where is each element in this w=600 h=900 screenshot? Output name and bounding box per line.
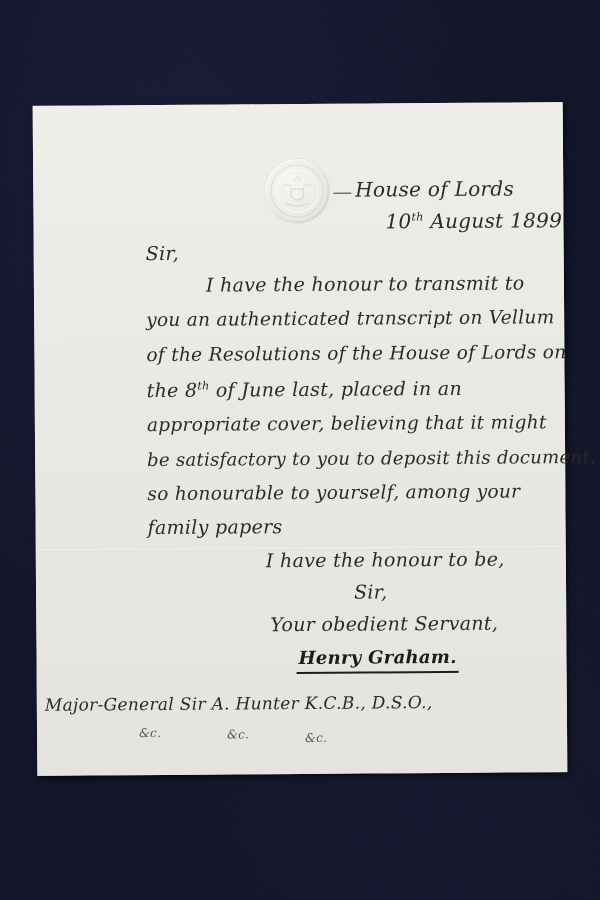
letter-sheet: House of Lords 10th August 1899 Sir, I h… <box>33 102 568 776</box>
closing-line-3: Your obedient Servant, <box>270 615 498 636</box>
date-month-year: August 1899 <box>430 208 562 233</box>
salutation: Sir, <box>146 245 179 264</box>
body-line-1: I have the honour to transmit to <box>206 274 525 295</box>
addressee-etc-3: &c. <box>305 732 327 744</box>
signature: Henry Graham. <box>298 649 456 668</box>
body-line-5: appropriate cover, believing that it mig… <box>147 414 547 435</box>
body-line-4-prefix: the 8 <box>147 380 198 402</box>
body-line-2: you an authenticated transcript on Vellu… <box>146 309 554 330</box>
body-line-4: the 8th of June last, placed in an <box>147 380 462 401</box>
body-line-3: of the Resolutions of the House of Lords… <box>146 344 566 365</box>
body-line-6: be satisfactory to you to deposit this d… <box>147 449 596 470</box>
addressee-etc-1: &c. <box>139 727 161 739</box>
addressee-name: Major-General Sir A. Hunter K.C.B., D.S.… <box>45 695 433 715</box>
embossed-seal-icon <box>265 159 329 223</box>
signature-underline <box>297 671 459 674</box>
date-day-suffix: th <box>411 210 423 223</box>
date-day: 10 <box>385 209 411 233</box>
body-line-7: so honourable to yourself, among your <box>147 483 520 504</box>
addressee-etc-2: &c. <box>227 728 249 740</box>
body-line-4-rest: of June last, placed in an <box>209 378 462 402</box>
closing-line-2: Sir, <box>354 583 387 602</box>
letterhead-dash <box>333 193 351 194</box>
body-line-4-sup: th <box>197 379 209 392</box>
body-line-8: family papers <box>148 518 283 538</box>
sender-place: House of Lords <box>355 178 514 199</box>
closing-line-1: I have the honour to be, <box>266 551 505 572</box>
letter-date: 10th August 1899 <box>385 210 562 231</box>
